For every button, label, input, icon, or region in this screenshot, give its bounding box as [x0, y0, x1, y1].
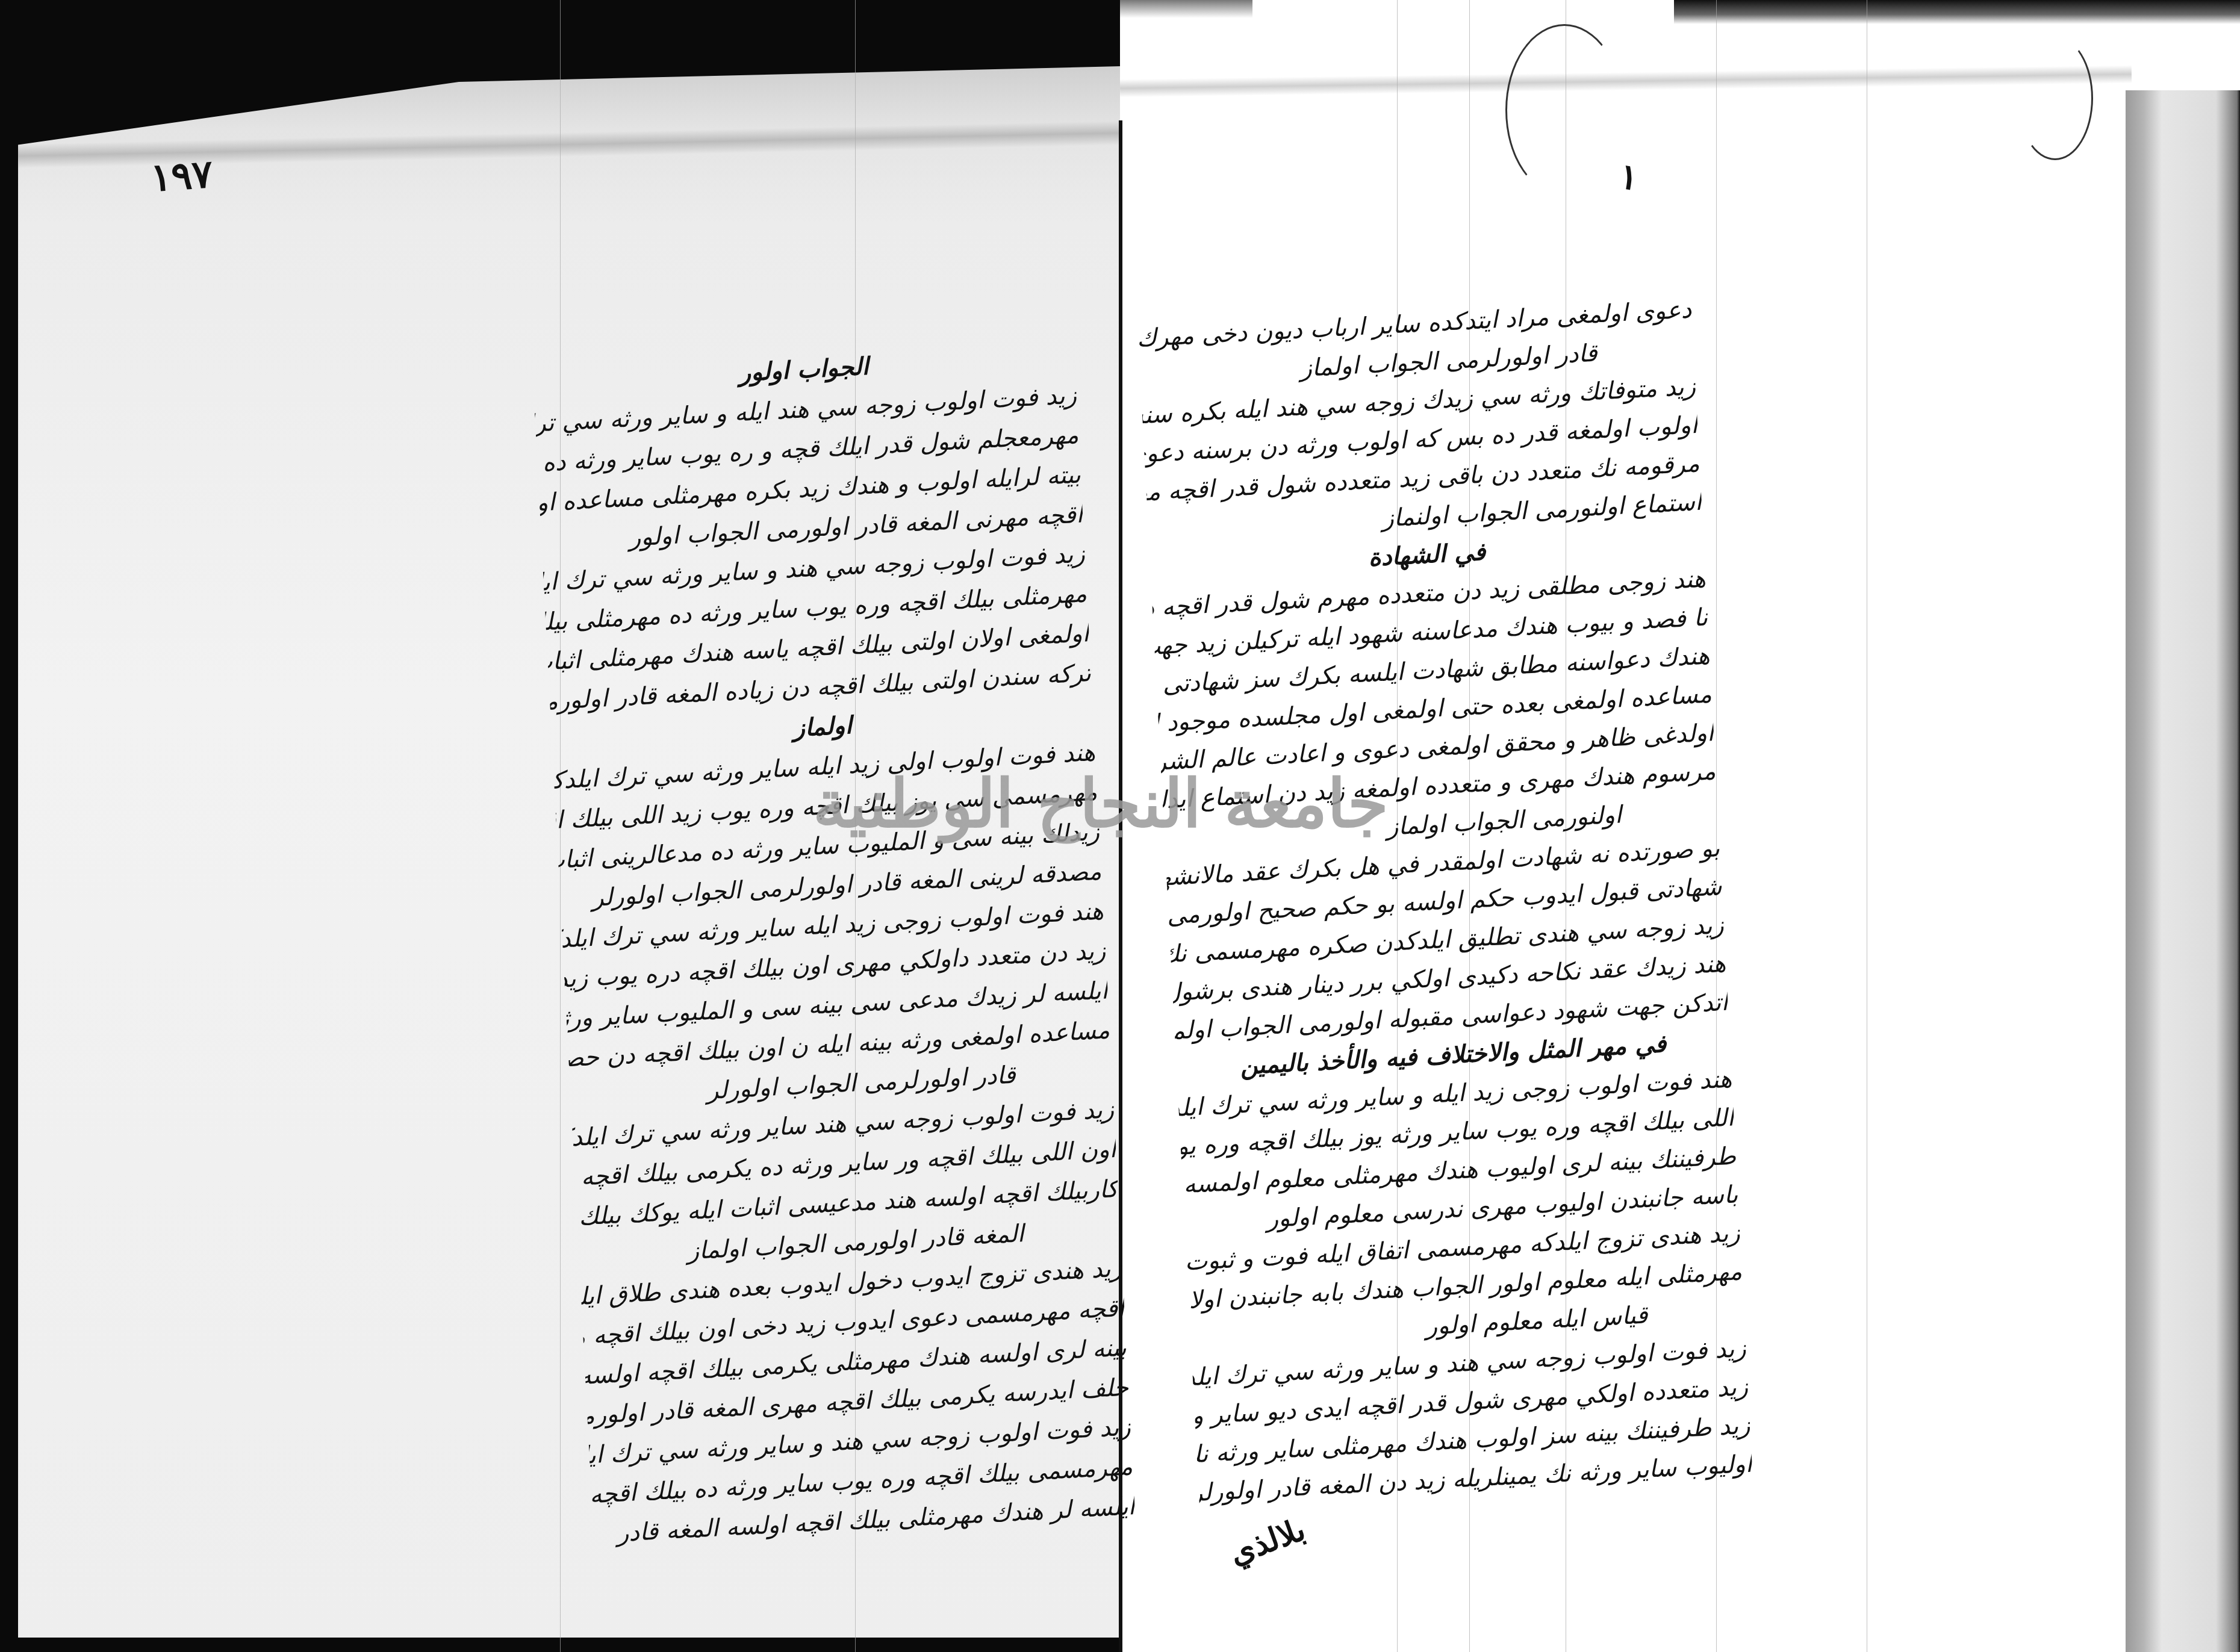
stray-thread — [2017, 36, 2093, 160]
watermark: جامعة النجاح الوطنية — [813, 765, 1389, 842]
top-shadow — [1674, 0, 2240, 24]
ruling-line — [1867, 0, 1867, 1652]
stray-thread — [1505, 24, 1623, 196]
page-edge — [2126, 90, 2240, 1652]
page-number: ١٩٧ — [149, 151, 214, 200]
right-text-block: دعوى اولمغى مراد ايتدكده ساير ارباب ديون… — [1137, 290, 1753, 1512]
left-text-block: الجواب اولور زيد فوت اولوب زوجه سي هند ا… — [532, 336, 1136, 1554]
top-shadow — [1120, 0, 1252, 18]
